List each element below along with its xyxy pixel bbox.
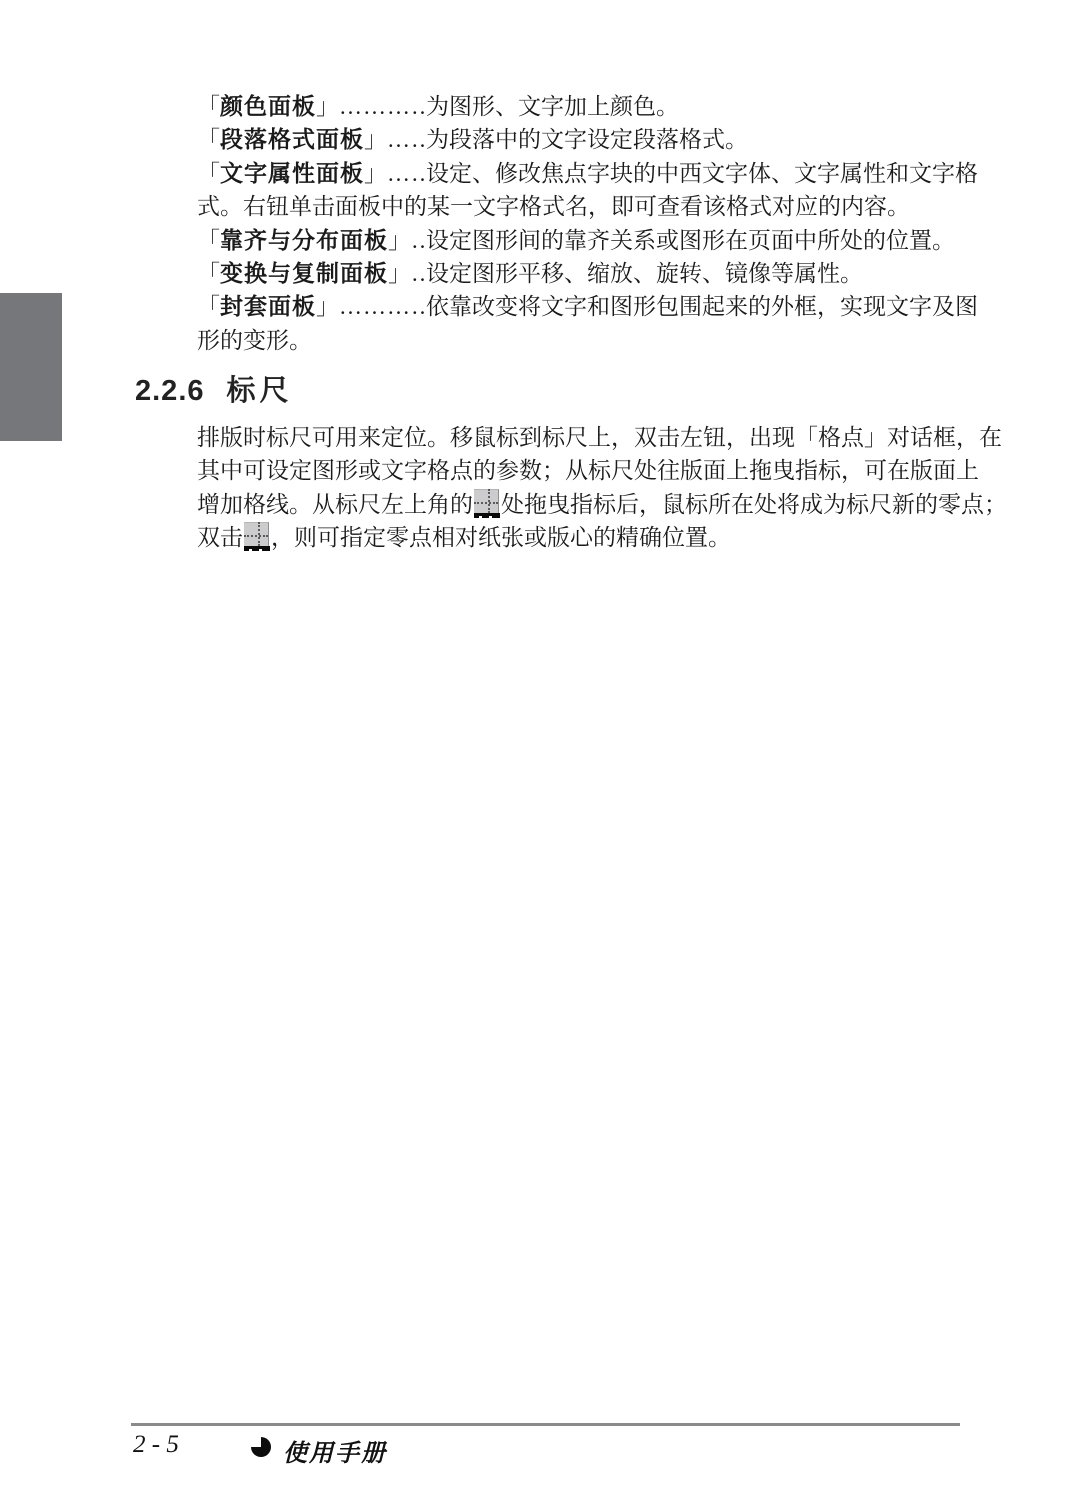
ruler-icon-hline (244, 535, 268, 537)
paragraph-line: 双击，则可指定零点相对纸张或版心的精确位置。 (197, 521, 963, 554)
panel-name: 颜色面板 (220, 90, 316, 123)
section-heading: 2.2.6标尺 (135, 372, 293, 410)
ruler-icon-face (474, 489, 499, 513)
panel-term: 「颜色面板」…………… (197, 90, 426, 123)
ruler-icon-tick (259, 549, 262, 551)
panel-desc: 为段落中的文字设定段落格式。 (426, 123, 748, 156)
panel-list-row: 「封套面板」…………… 依靠改变将文字和图形包围起来的外框，实现文字及图 (197, 290, 963, 323)
panel-desc: 设定、修改焦点字块的中西文字体、文字属性和文字格 (426, 157, 978, 190)
ruler-icon-face (244, 522, 269, 546)
panel-name: 段落格式面板 (220, 123, 364, 156)
ruler-icon-tick (479, 516, 482, 518)
leader-dots: ……… (387, 157, 426, 190)
ruler-icon-tick (249, 549, 252, 551)
paragraph-text: 处拖曳指标后，鼠标所在处将成为标尺新的零点； (501, 492, 1007, 517)
bracket-close: 」 (316, 290, 339, 323)
paragraph-line: 其中可设定图形或文字格点的参数；从标尺处往版面上拖曳指标，可在版面上 (197, 454, 963, 487)
paragraph-line: 增加格线。从标尺左上角的处拖曳指标后，鼠标所在处将成为标尺新的零点； (197, 488, 963, 521)
paragraph-line: 排版时标尺可用来定位。移鼠标到标尺上，双击左钮，出现「格点」对话框，在 (197, 421, 963, 454)
manual-page: 「颜色面板」…………… 为图形、文字加上颜色。 「段落格式面板」……… 为段落中… (0, 0, 1073, 1488)
panel-list-row: 「颜色面板」…………… 为图形、文字加上颜色。 (197, 90, 963, 123)
bracket-close: 」 (364, 123, 387, 156)
ruler-icon-vline (488, 489, 490, 513)
ruler-icon-edge (244, 546, 270, 551)
bracket-open: 「 (197, 90, 220, 123)
panel-term: 「靠齐与分布面板」…… (197, 224, 426, 257)
footer-rule (131, 1423, 960, 1426)
panel-term: 「段落格式面板」……… (197, 123, 426, 156)
leader-dots: …………… (339, 290, 426, 323)
panel-list-row: 「靠齐与分布面板」…… 设定图形间的靠齐关系或图形在页面中所处的位置。 (197, 224, 963, 257)
panel-desc-continuation: 形的变形。 (197, 324, 963, 357)
page-number: 2 - 5 (133, 1431, 179, 1459)
chapter-tab (0, 293, 62, 441)
leader-dots: …… (411, 224, 426, 257)
panel-name: 封套面板 (220, 290, 316, 323)
ruler-origin-icon (474, 489, 500, 518)
panel-term: 「文字属性面板」……… (197, 157, 426, 190)
bracket-open: 「 (197, 123, 220, 156)
bracket-open: 「 (197, 290, 220, 323)
ruler-origin-icon (244, 522, 270, 551)
ruler-icon-vline (258, 522, 260, 546)
panel-list: 「颜色面板」…………… 为图形、文字加上颜色。 「段落格式面板」……… 为段落中… (197, 90, 963, 357)
panel-desc-continuation: 式。右钮单击面板中的某一文字格式名，即可查看该格式对应的内容。 (197, 190, 963, 223)
panel-term: 「变换与复制面板」…… (197, 257, 426, 290)
panel-desc: 设定图形平移、缩放、旋转、镜像等属性。 (426, 257, 863, 290)
bracket-open: 「 (197, 157, 220, 190)
three-quarter-circle-icon (251, 1437, 271, 1457)
panel-desc: 依靠改变将文字和图形包围起来的外框，实现文字及图 (426, 290, 978, 323)
bracket-close: 」 (364, 157, 387, 190)
panel-name: 文字属性面板 (220, 157, 364, 190)
leader-dots: …… (411, 257, 426, 290)
panel-name: 靠齐与分布面板 (220, 224, 388, 257)
ruler-icon-edge (474, 513, 500, 518)
paragraph-text: 双击 (197, 525, 243, 550)
bracket-open: 「 (197, 257, 220, 290)
leader-dots: ……… (387, 123, 426, 156)
paragraph-text: 增加格线。从标尺左上角的 (197, 492, 473, 517)
bracket-open: 「 (197, 224, 220, 257)
panel-term: 「封套面板」…………… (197, 290, 426, 323)
ruler-icon-tick (489, 516, 492, 518)
panel-list-row: 「变换与复制面板」…… 设定图形平移、缩放、旋转、镜像等属性。 (197, 257, 963, 290)
section-number: 2.2.6 (135, 375, 205, 407)
panel-desc: 为图形、文字加上颜色。 (426, 90, 679, 123)
bracket-close: 」 (316, 90, 339, 123)
body-paragraph: 排版时标尺可用来定位。移鼠标到标尺上，双击左钮，出现「格点」对话框，在 其中可设… (197, 421, 963, 555)
panel-desc: 设定图形间的靠齐关系或图形在页面中所处的位置。 (426, 224, 955, 257)
panel-list-row: 「段落格式面板」……… 为段落中的文字设定段落格式。 (197, 123, 963, 156)
paragraph-text: ，则可指定零点相对纸张或版心的精确位置。 (271, 525, 731, 550)
leader-dots: …………… (339, 90, 426, 123)
footer-label: 使用手册 (283, 1433, 387, 1468)
panel-name: 变换与复制面板 (220, 257, 388, 290)
panel-list-row: 「文字属性面板」……… 设定、修改焦点字块的中西文字体、文字属性和文字格 (197, 157, 963, 190)
bracket-close: 」 (388, 224, 411, 257)
ruler-icon-hline (474, 502, 498, 504)
section-title: 标尺 (227, 375, 293, 407)
bracket-close: 」 (388, 257, 411, 290)
